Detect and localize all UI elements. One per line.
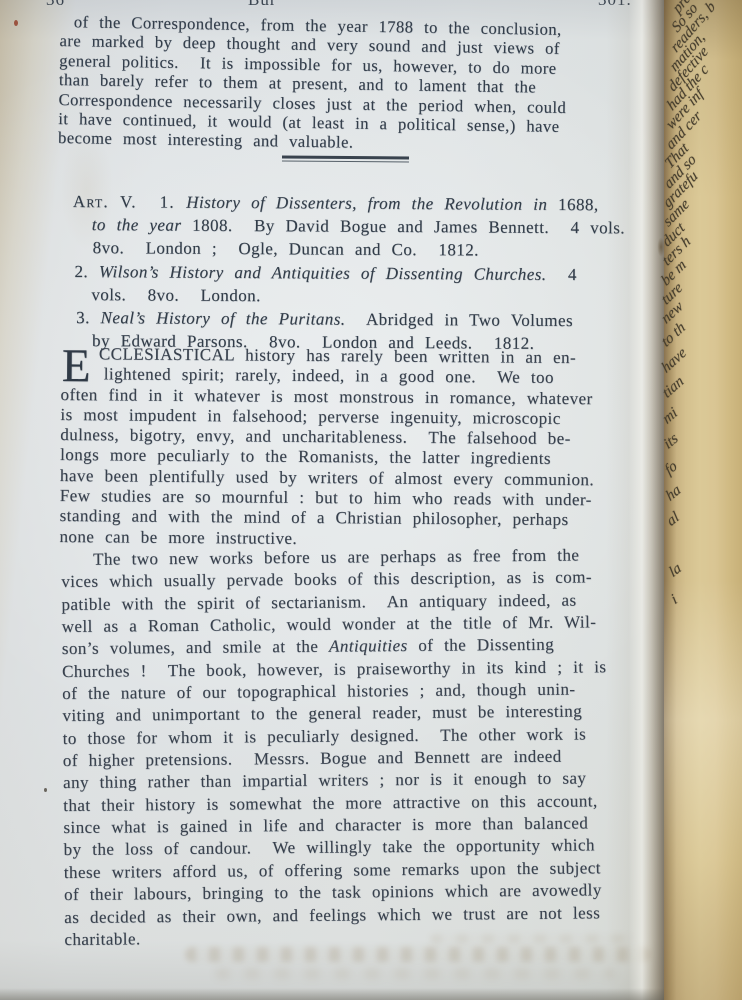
facing-page-line-fragment: al — [664, 509, 682, 531]
book-photo: 36 Bur 301. of the Correspondence, from … — [0, 0, 742, 1000]
facing-page-line-fragment: to th — [659, 319, 689, 351]
facing-page-line-fragment: fo — [662, 458, 681, 480]
facing-page-line-fragment: mi — [660, 404, 681, 428]
facing-page-line-fragment: i — [668, 592, 680, 609]
facing-page-text: preSo soreaders, bmation,defectivehad th… — [0, 0, 742, 1000]
facing-page-line-fragment: have — [659, 344, 690, 377]
facing-page-line-fragment: its — [661, 431, 681, 454]
facing-page-line-fragment: ha — [663, 481, 684, 505]
facing-page-line-fragment: la — [667, 560, 685, 582]
facing-page-line-fragment: tian — [660, 373, 687, 402]
